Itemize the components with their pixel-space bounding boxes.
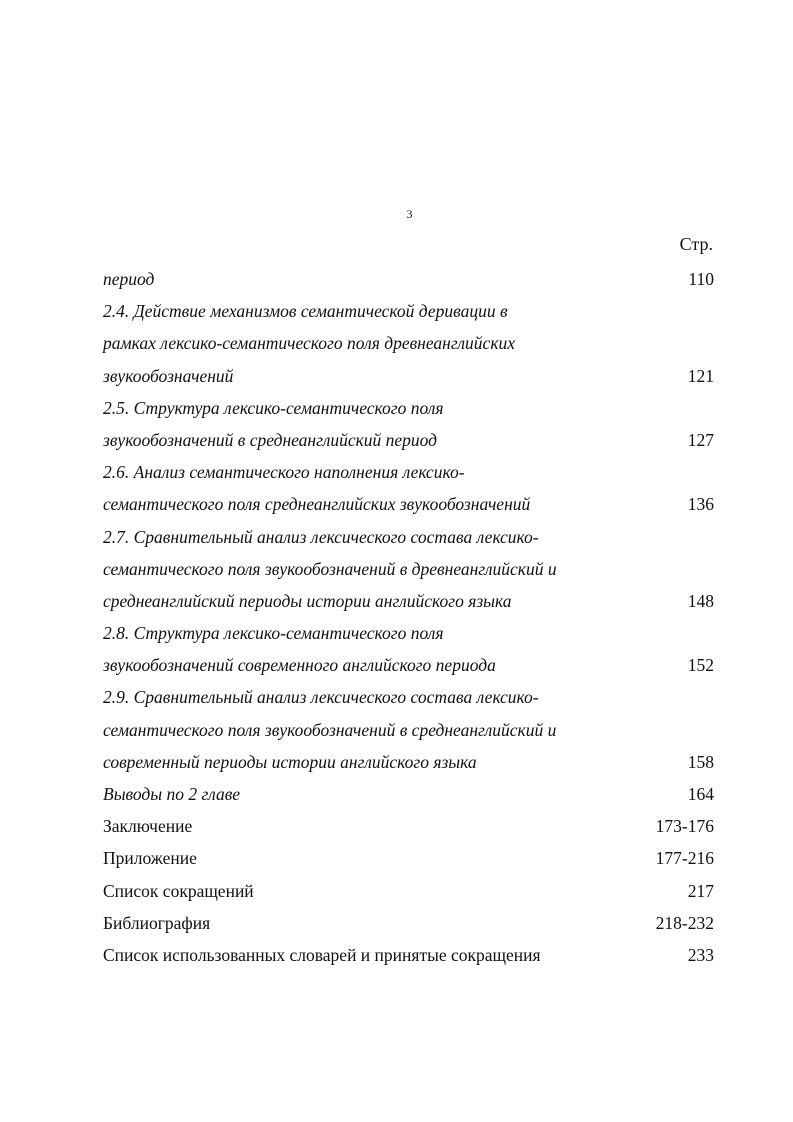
toc-entry-line: 2.6. Анализ семантического наполнения ле… [103,456,714,488]
toc-entry-title: Список сокращений [103,875,254,907]
toc-entry-title: Выводы по 2 главе [103,778,240,810]
toc-entry-title: Заключение [103,810,192,842]
toc-entry-title: рамках лексико-семантического поля древн… [103,327,515,359]
toc-entry-page: 218-232 [656,907,714,939]
toc-entry-line: Заключение173-176 [103,810,714,842]
toc-entry-title: 2.6. Анализ семантического наполнения ле… [103,456,465,488]
toc-entry-line: среднеанглийский периоды истории английс… [103,585,714,617]
toc-entry-line: Библиография218-232 [103,907,714,939]
toc-entry-title: звукообозначений [103,360,233,392]
toc-entry-page: 148 [688,585,714,617]
toc-entry-page: 136 [688,488,714,520]
toc-entry-title: семантического поля среднеанглийских зву… [103,488,530,520]
toc-entry-title: 2.7. Сравнительный анализ лексического с… [103,521,539,553]
toc-entry-title: 2.5. Структура лексико-семантического по… [103,392,444,424]
toc-entry-line: семантического поля звукообозначений в с… [103,714,714,746]
toc-entry-title: звукообозначений современного английског… [103,649,496,681]
toc-entry-line: 2.7. Сравнительный анализ лексического с… [103,521,714,553]
toc-entry-title: 2.9. Сравнительный анализ лексического с… [103,681,539,713]
toc-entry-title: 2.4. Действие механизмов семантической д… [103,295,508,327]
toc-entry-line: Список использованных словарей и приняты… [103,939,714,971]
page-column-header: Стр. [680,234,713,255]
toc-entry-line: 2.5. Структура лексико-семантического по… [103,392,714,424]
toc-entry-page: 158 [688,746,714,778]
toc-entry-title: Библиография [103,907,210,939]
toc-entry-page: 233 [688,939,714,971]
toc-entry-title: период [103,263,154,295]
toc-entry-line: семантического поля звукообозначений в д… [103,553,714,585]
toc-entry-line: семантического поля среднеанглийских зву… [103,488,714,520]
toc-entry-line: 2.8. Структура лексико-семантического по… [103,617,714,649]
toc-entry-title: 2.8. Структура лексико-семантического по… [103,617,444,649]
toc-entry-title: звукообозначений в среднеанглийский пери… [103,424,437,456]
toc-entry-line: звукообозначений современного английског… [103,649,714,681]
toc-entry-line: Список сокращений217 [103,875,714,907]
toc-entry-line: звукообозначений121 [103,360,714,392]
toc-entry-page: 152 [688,649,714,681]
toc-entry-line: современный периоды истории английского … [103,746,714,778]
toc-entry-page: 164 [688,778,714,810]
toc-entry-line: Приложение177-216 [103,842,714,874]
toc-entry-page: 127 [688,424,714,456]
toc-entry-title: семантического поля звукообозначений в д… [103,553,557,585]
toc-entry-title: среднеанглийский периоды истории английс… [103,585,512,617]
toc-entry-title: Приложение [103,842,197,874]
toc-entry-line: период110 [103,263,714,295]
toc-entry-line: рамках лексико-семантического поля древн… [103,327,714,359]
toc-entry-page: 177-216 [656,842,714,874]
toc-entry-page: 217 [688,875,714,907]
toc-entry-line: 2.4. Действие механизмов семантической д… [103,295,714,327]
toc-entry-line: звукообозначений в среднеанглийский пери… [103,424,714,456]
toc-entry-page: 173-176 [656,810,714,842]
toc-entry-title: современный периоды истории английского … [103,746,477,778]
toc-entry-line: Выводы по 2 главе164 [103,778,714,810]
toc-entry-title: семантического поля звукообозначений в с… [103,714,556,746]
toc-entry-page: 121 [688,360,714,392]
table-of-contents: период1102.4. Действие механизмов семант… [103,263,714,971]
toc-entry-title: Список использованных словарей и приняты… [103,939,541,971]
toc-entry-page: 110 [688,263,714,295]
page-number: 3 [0,207,793,222]
toc-entry-line: 2.9. Сравнительный анализ лексического с… [103,681,714,713]
